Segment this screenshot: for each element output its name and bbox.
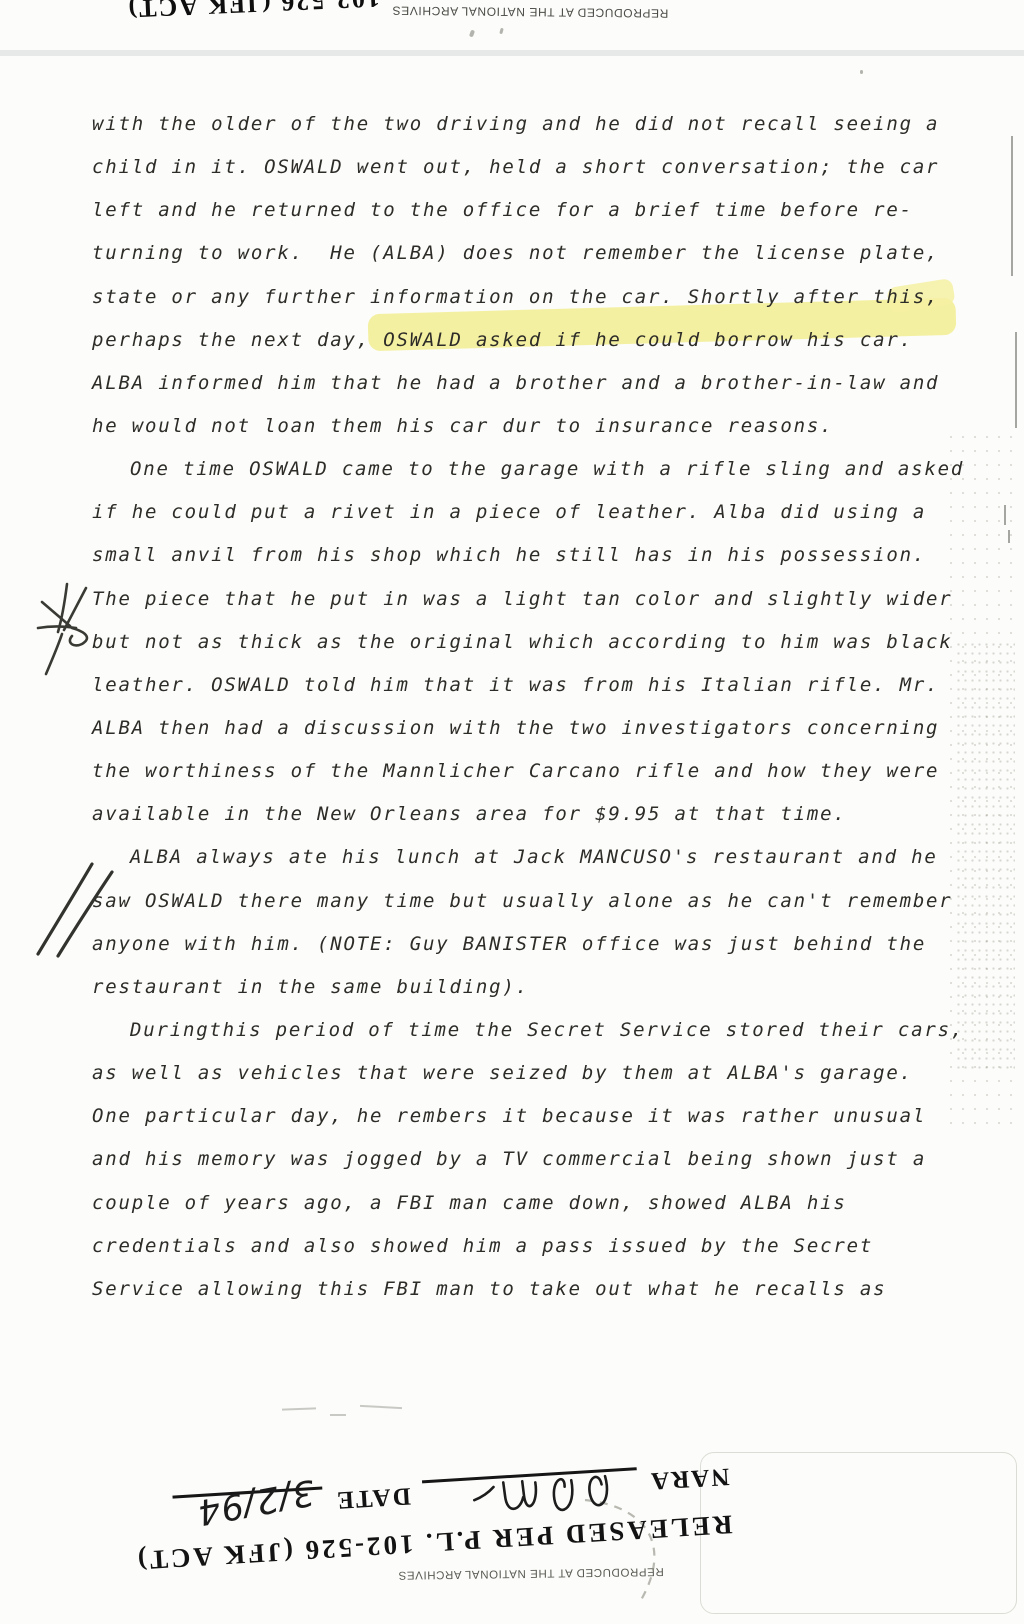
document-line: as well as vehicles that were seized by … bbox=[92, 1052, 992, 1095]
scan-dash bbox=[330, 1414, 346, 1416]
document-body: with the older of the two driving and he… bbox=[92, 103, 992, 1311]
archives-watermark-top: REPRODUCED AT THE NATIONAL ARCHIVES bbox=[392, 4, 669, 21]
scan-artifact-line bbox=[1015, 332, 1017, 428]
document-line: One particular day, he rembers it becaus… bbox=[92, 1095, 992, 1138]
document-line: restaurant in the same building). bbox=[92, 966, 992, 1009]
document-line: available in the New Orleans area for $9… bbox=[92, 793, 992, 836]
scan-dash bbox=[360, 1405, 402, 1409]
document-line: if he could put a rivet in a piece of le… bbox=[92, 491, 992, 534]
asterisk-scribble-mark bbox=[34, 580, 104, 680]
document-line: ALBA always ate his lunch at Jack MANCUS… bbox=[92, 836, 992, 879]
scan-speck bbox=[469, 30, 475, 38]
document-line: perhaps the next day, OSWALD asked if he… bbox=[92, 319, 992, 362]
document-line: couple of years ago, a FBI man came down… bbox=[92, 1182, 992, 1225]
date-line: 3/2/94 bbox=[173, 1486, 325, 1532]
document-line: he would not loan them his car dur to in… bbox=[92, 405, 992, 448]
handwritten-date: 3/2/94 bbox=[194, 1471, 318, 1532]
double-slash-mark bbox=[30, 858, 125, 958]
document-line: with the older of the two driving and he… bbox=[92, 103, 992, 146]
document-line: Duringthis period of time the Secret Ser… bbox=[92, 1009, 992, 1052]
document-line: credentials and also showed him a pass i… bbox=[92, 1225, 992, 1268]
scanner-band bbox=[0, 50, 1024, 56]
highlighted-text: OSWALD asked if he could borrow his car. bbox=[383, 329, 913, 351]
date-label: DATE bbox=[334, 1481, 411, 1514]
nara-label: NARA bbox=[648, 1462, 730, 1495]
document-line: small anvil from his shop which he still… bbox=[92, 534, 992, 577]
document-line: left and he returned to the office for a… bbox=[92, 189, 992, 232]
document-line: One time OSWALD came to the garage with … bbox=[92, 448, 992, 491]
document-line: state or any further information on the … bbox=[92, 276, 992, 319]
faint-outline-box bbox=[700, 1452, 1017, 1614]
document-line: turning to work. He (ALBA) does not reme… bbox=[92, 232, 992, 275]
document-line: but not as thick as the original which a… bbox=[92, 621, 992, 664]
jfk-act-stamp-fragment: 102-526 (JFK ACT) bbox=[0, 0, 381, 42]
scan-dash bbox=[282, 1407, 316, 1410]
document-line: anyone with him. (NOTE: Guy BANISTER off… bbox=[92, 923, 992, 966]
signature-scribble bbox=[469, 1467, 622, 1528]
scan-artifact-line bbox=[1011, 136, 1013, 276]
signature-line bbox=[422, 1467, 639, 1517]
document-line: leather. OSWALD told him that it was fro… bbox=[92, 664, 992, 707]
document-line: ALBA informed him that he had a brother … bbox=[92, 362, 992, 405]
scan-speck bbox=[499, 28, 503, 35]
document-line: saw OSWALD there many time but usually a… bbox=[92, 880, 992, 923]
document-line: Service allowing this FBI man to take ou… bbox=[92, 1268, 992, 1311]
document-line: The piece that he put in was a light tan… bbox=[92, 578, 992, 621]
line-text: perhaps the next day, bbox=[92, 329, 383, 351]
document-line: and his memory was jogged by a TV commer… bbox=[92, 1138, 992, 1181]
document-line: ALBA then had a discussion with the two … bbox=[92, 707, 992, 750]
scan-speck bbox=[860, 70, 863, 74]
document-line: the worthiness of the Mannlicher Carcano… bbox=[92, 750, 992, 793]
document-line: child in it. OSWALD went out, held a sho… bbox=[92, 146, 992, 189]
